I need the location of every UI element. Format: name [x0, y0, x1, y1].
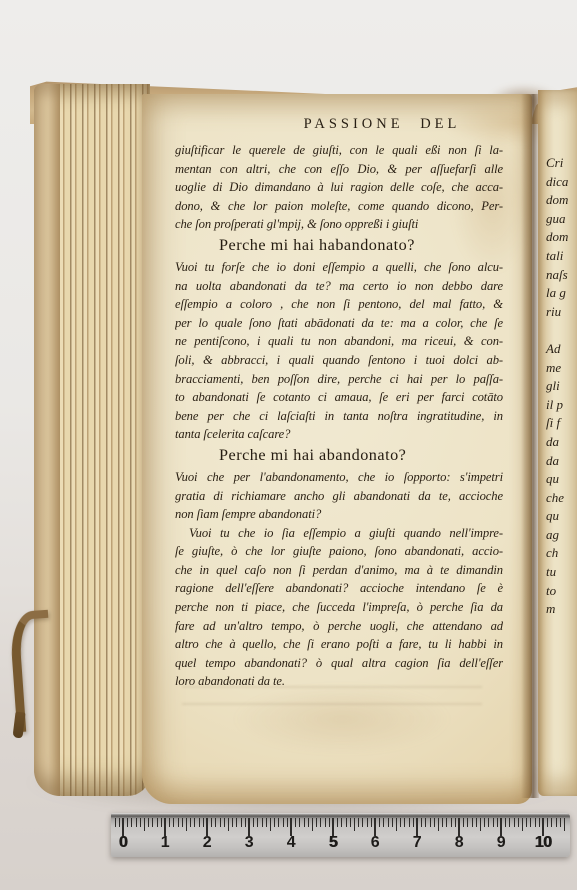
ruler-tick: [367, 818, 368, 827]
ruler-tick: [535, 818, 536, 827]
ruler-number: 7: [413, 834, 421, 852]
text-line: quel tempo abandonati? ò qual altra cagi…: [175, 654, 503, 673]
ruler-tick: [472, 818, 473, 827]
show-through-ghost-text: [182, 686, 482, 720]
ruler-tick: [148, 818, 149, 827]
section-heading: Perche mi hai habandonato?: [175, 235, 503, 257]
ruler-tick: [518, 818, 519, 827]
text-fragment: qu: [546, 470, 577, 489]
ruler-tick: [262, 818, 263, 827]
text-line: bene per che ci laſciaſti in tanta noſtr…: [175, 407, 503, 426]
text-fragment: [546, 321, 577, 340]
ruler-number: 0: [119, 834, 127, 852]
text-line: ragione dell'eſſere abandonati? accioche…: [175, 579, 503, 598]
ruler-tick: [215, 818, 216, 827]
ruler-number: 8: [455, 834, 463, 852]
text-line: altro che à quello, che ſi erano poſti a…: [175, 635, 503, 654]
ruler-tick: [400, 818, 401, 827]
ruler-tick: [425, 818, 426, 827]
text-line: Vuoi che per l'abandonamento, che io ſop…: [175, 468, 503, 487]
ruler-tick: [220, 818, 221, 827]
ruler-tick: [379, 818, 380, 827]
ruler-tick: [278, 818, 279, 827]
ruler-tick: [526, 818, 527, 827]
text-line: uoglie di Dio dimandano à lui ragion del…: [175, 178, 503, 197]
ruler-number: 5: [329, 834, 337, 852]
ruler-tick: [383, 818, 384, 827]
ruler-tick: [551, 818, 552, 827]
text-fragment: m: [546, 600, 577, 619]
ruler-tick: [413, 818, 414, 827]
ruler-tick: [304, 818, 305, 827]
ruler-tick: [270, 818, 271, 831]
ruler-tick: [211, 818, 212, 827]
ruler-tick: [337, 818, 338, 827]
text-fragment: dom: [546, 228, 577, 247]
ruler-tick: [371, 818, 372, 827]
ruler-tick: [169, 818, 170, 827]
ruler-tick: [287, 818, 288, 827]
ruler-tick: [144, 818, 145, 831]
section-heading: Perche mi hai abandonato?: [175, 445, 503, 467]
ruler-tick: [131, 818, 132, 827]
ruler-tick: [493, 818, 494, 827]
text-line: ſe giuſte, ò che lor giuſte paiono, ſono…: [175, 542, 503, 561]
ruler-tick: [430, 818, 431, 827]
ruler-tick: [509, 818, 510, 827]
ruler-tick: [354, 818, 355, 831]
ruler-tick: [434, 818, 435, 827]
ruler-tick: [136, 818, 137, 827]
ruler-tick: [161, 818, 162, 827]
ruler-tick: [396, 818, 397, 831]
ruler-tick: [404, 818, 405, 827]
ruler-tick: [152, 818, 153, 827]
ruler-tick: [329, 818, 330, 827]
text-fragment: gua: [546, 210, 577, 229]
ruler-tick: [392, 818, 393, 827]
ruler-number: 6: [371, 834, 379, 852]
ruler-number: 9: [497, 834, 505, 852]
text-line: giuſtificar le querele de giuſti, con le…: [175, 141, 503, 160]
ruler-tick: [556, 818, 557, 827]
ruler-tick: [530, 818, 531, 827]
text-line: na uolta abandonati da te? ma certo io n…: [175, 277, 503, 296]
text-fragment: ch: [546, 544, 577, 563]
text-fragment: gli: [546, 377, 577, 396]
text-line: mentan con altri, che con eſſo Dio, & pe…: [175, 160, 503, 179]
ruler-tick: [241, 818, 242, 827]
ruler-tick: [421, 818, 422, 827]
ruler-tick: [316, 818, 317, 827]
text-fragment: la g: [546, 284, 577, 303]
photograph-scene: PASSIONE DEL giuſtificar le querele de g…: [0, 0, 577, 890]
text-fragment: dom: [546, 191, 577, 210]
ruler-number: 1: [161, 834, 169, 852]
text-fragment: riu: [546, 303, 577, 322]
ruler-tick: [178, 818, 179, 827]
ruler-tick: [224, 818, 225, 827]
ruler-tick: [547, 818, 548, 827]
ruler-tick: [232, 818, 233, 827]
ruler-tick: [257, 818, 258, 827]
ruler-tick: [266, 818, 267, 827]
ruler-tick: [173, 818, 174, 827]
ruler-tick: [119, 818, 120, 827]
text-line: tanta ſcelerita caſcare?: [175, 425, 503, 444]
ruler-tick: [312, 818, 313, 831]
ruler-tick: [299, 818, 300, 827]
text-line: che in quel caſo non ſi perdan d'animo, …: [175, 561, 503, 580]
text-fragment: qu: [546, 507, 577, 526]
text-line: perche non ti piace, che ſucceda l'impre…: [175, 598, 503, 617]
ruler-tick: [522, 818, 523, 831]
ruler-tick: [308, 818, 309, 827]
ruler-tick: [115, 818, 116, 827]
ruler-tick: [186, 818, 187, 831]
text-fragment: dica: [546, 173, 577, 192]
ruler-number: 10: [535, 834, 552, 852]
ruler-tick: [274, 818, 275, 827]
text-line: bracciamenti, ben poſſon dire, perche ci…: [175, 370, 503, 389]
ruler-tick: [140, 818, 141, 827]
text-line: non ſiam ſempre abandonati?: [175, 505, 503, 524]
text-fragment: to: [546, 582, 577, 601]
ruler-tick: [358, 818, 359, 827]
ruler-tick: [236, 818, 237, 827]
text-fragment: che: [546, 489, 577, 508]
text-fragment: naſs: [546, 266, 577, 285]
ruler-tick: [480, 818, 481, 831]
ruler-tick: [488, 818, 489, 827]
text-line: dono, & che lor paion moleſte, come quan…: [175, 197, 503, 216]
ruler-tick: [467, 818, 468, 827]
right-page-text-fragments: Cridicadomguadomtalinaſsla griu Admeglii…: [546, 154, 577, 619]
ruler-tick: [199, 818, 200, 827]
text-line: gratia di richiamare ancho gli abandonat…: [175, 487, 503, 506]
ruler-tick: [388, 818, 389, 827]
running-head: PASSIONE DEL: [252, 116, 512, 133]
text-line: Vuoi tu forſe che io doni eſſempio a que…: [175, 258, 503, 277]
ruler-number: 3: [245, 834, 253, 852]
text-fragment: da: [546, 452, 577, 471]
ruler-tick: [409, 818, 410, 827]
right-page-sliver: Cridicadomguadomtalinaſsla griu Admeglii…: [538, 90, 577, 796]
ruler-tick: [253, 818, 254, 827]
ruler-tick: [442, 818, 443, 827]
ruler-tick: [341, 818, 342, 827]
ruler-tick: [451, 818, 452, 827]
left-page-text-block: giuſtificar le querele de giuſti, con le…: [175, 141, 503, 691]
leather-tie-tip: [12, 711, 25, 738]
text-fragment: Ad: [546, 340, 577, 359]
ruler-tick: [463, 818, 464, 827]
ruler-tick: [564, 818, 565, 831]
ruler-tick: [514, 818, 515, 827]
ruler-tick: [283, 818, 284, 827]
ruler-tick: [484, 818, 485, 827]
text-fragment: Cri: [546, 154, 577, 173]
ruler-tick: [228, 818, 229, 831]
ruler-tick: [182, 818, 183, 827]
ruler-tick: [194, 818, 195, 827]
ruler-number: 2: [203, 834, 211, 852]
ruler-tick: [438, 818, 439, 831]
ruler-tick: [245, 818, 246, 827]
ruler-tick: [295, 818, 296, 827]
text-fragment: ſi f: [546, 414, 577, 433]
text-line: ne pentiſcono, i quali tu non abandoni, …: [175, 332, 503, 351]
ruler-tick: [320, 818, 321, 827]
text-fragment: me: [546, 359, 577, 378]
text-line: loro abandonati da te.: [175, 672, 503, 691]
gutter-shadow: [521, 94, 539, 798]
ruler: 012345678910: [111, 813, 570, 857]
text-line: per lo quale ſono ſtati abādonati da te:…: [175, 314, 503, 333]
text-fragment: tali: [546, 247, 577, 266]
ruler-tick: [497, 818, 498, 827]
ruler-tick: [325, 818, 326, 827]
ruler-tick: [346, 818, 347, 827]
ruler-tick: [190, 818, 191, 827]
text-line: eſſempio a coloro , che non ſi pentono, …: [175, 295, 503, 314]
text-line: ſoli, & abbracci, i quali quando ſentono…: [175, 351, 503, 370]
ruler-number: 4: [287, 834, 295, 852]
text-fragment: ag: [546, 526, 577, 545]
text-line: fare ad un'altro tempo, ò perche uogli, …: [175, 617, 503, 636]
text-line: to abandonati ſe cotanto ci amaua, ſe er…: [175, 388, 503, 407]
text-fragment: il p: [546, 396, 577, 415]
ruler-tick: [350, 818, 351, 827]
text-fragment: da: [546, 433, 577, 452]
ruler-tick: [455, 818, 456, 827]
ruler-tick: [362, 818, 363, 827]
text-line: che ſon proſperati gl'mpij, & ſono oppre…: [175, 215, 503, 234]
ruler-tick: [127, 818, 128, 827]
ruler-tick: [505, 818, 506, 827]
ruler-tick: [157, 818, 158, 827]
ruler-tick: [446, 818, 447, 827]
ruler-tick: [203, 818, 204, 827]
ruler-tick: [539, 818, 540, 827]
text-fragment: tu: [546, 563, 577, 582]
ruler-tick: [476, 818, 477, 827]
text-line: Vuoi tu che io ſia eſſempio a giuſti qua…: [175, 524, 503, 543]
ruler-tick: [560, 818, 561, 827]
